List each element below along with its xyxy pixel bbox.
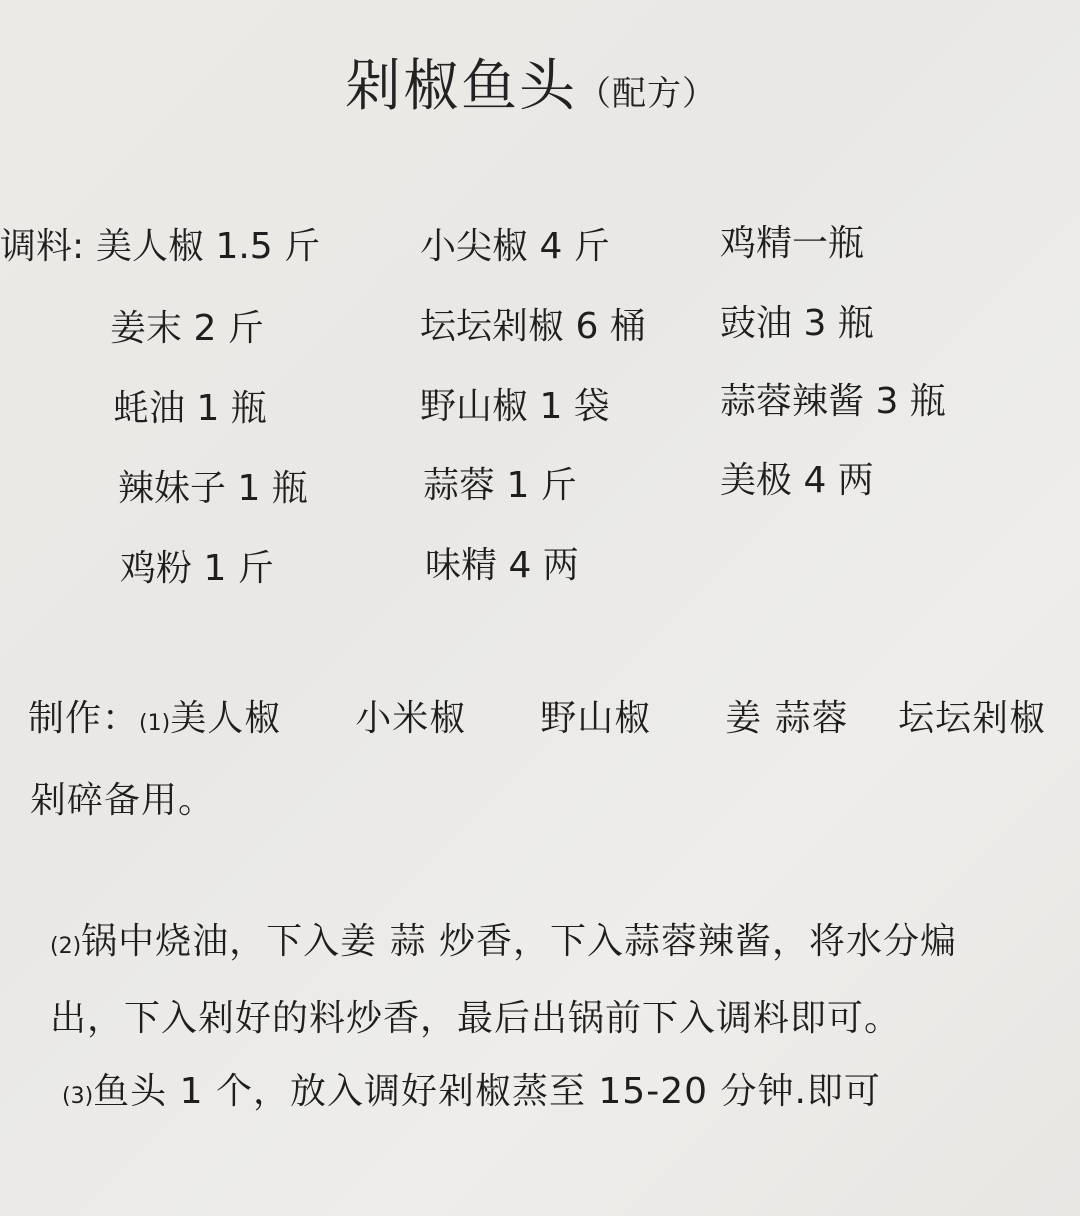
step-number: (1) xyxy=(139,711,170,736)
step-text-continued: 出，下入剁好的料炒香，最后出锅前下入调料即可。 xyxy=(50,990,901,1041)
ingredients-label: 调料: xyxy=(0,218,84,269)
ingredient-item: 美人椒 1.5 斤 xyxy=(96,218,320,269)
ingredient-item: 野山椒 1 袋 xyxy=(420,378,610,429)
ingredient-item: 蒜蓉 1 斤 xyxy=(423,457,577,508)
method-step-3: (3)鱼头 1 个，放入调好剁椒蒸至 15-20 分钟.即可 xyxy=(62,1063,881,1114)
ingredient-item: 豉油 3 瓶 xyxy=(720,295,874,346)
ingredient-item: 蒜蓉辣酱 3 瓶 xyxy=(720,373,946,424)
method-label: 制作： xyxy=(28,698,139,739)
method-step-2: (2)锅中烧油，下入姜 蒜 炒香，下入蒜蓉辣酱，将水分煸 xyxy=(50,913,957,964)
ingredient-item: 姜末 2 斤 xyxy=(110,300,264,351)
step-text: 鱼头 1 个，放入调好剁椒蒸至 15-20 分钟.即可 xyxy=(93,1071,881,1112)
ingredient-item: 鸡精一瓶 xyxy=(720,215,864,266)
ingredient-item: 蚝油 1 瓶 xyxy=(113,380,267,431)
step-number: (2) xyxy=(50,934,81,959)
ingredient-item: 美极 4 两 xyxy=(720,452,874,503)
title-text: 剁椒鱼头 xyxy=(345,54,577,119)
step-text: 美人椒 小米椒 野山椒 姜 蒜蓉 坛坛剁椒 xyxy=(170,698,1046,739)
ingredient-item: 鸡粉 1 斤 xyxy=(120,540,274,591)
document-title: 剁椒鱼头（配方） xyxy=(345,42,717,122)
ingredient-item: 辣妹子 1 瓶 xyxy=(118,460,308,511)
step-number: (3) xyxy=(62,1084,93,1109)
ingredient-item: 坛坛剁椒 6 桶 xyxy=(420,298,646,349)
ingredient-item: 小尖椒 4 斤 xyxy=(420,218,610,269)
method-step-1: 制作：(1)美人椒 小米椒 野山椒 姜 蒜蓉 坛坛剁椒 xyxy=(28,690,1046,741)
step-text-continued: 剁碎备用。 xyxy=(30,772,215,823)
title-subtitle: （配方） xyxy=(577,74,717,114)
step-text: 锅中烧油，下入姜 蒜 炒香，下入蒜蓉辣酱，将水分煸 xyxy=(81,921,957,962)
ingredient-item: 味精 4 两 xyxy=(425,537,579,588)
